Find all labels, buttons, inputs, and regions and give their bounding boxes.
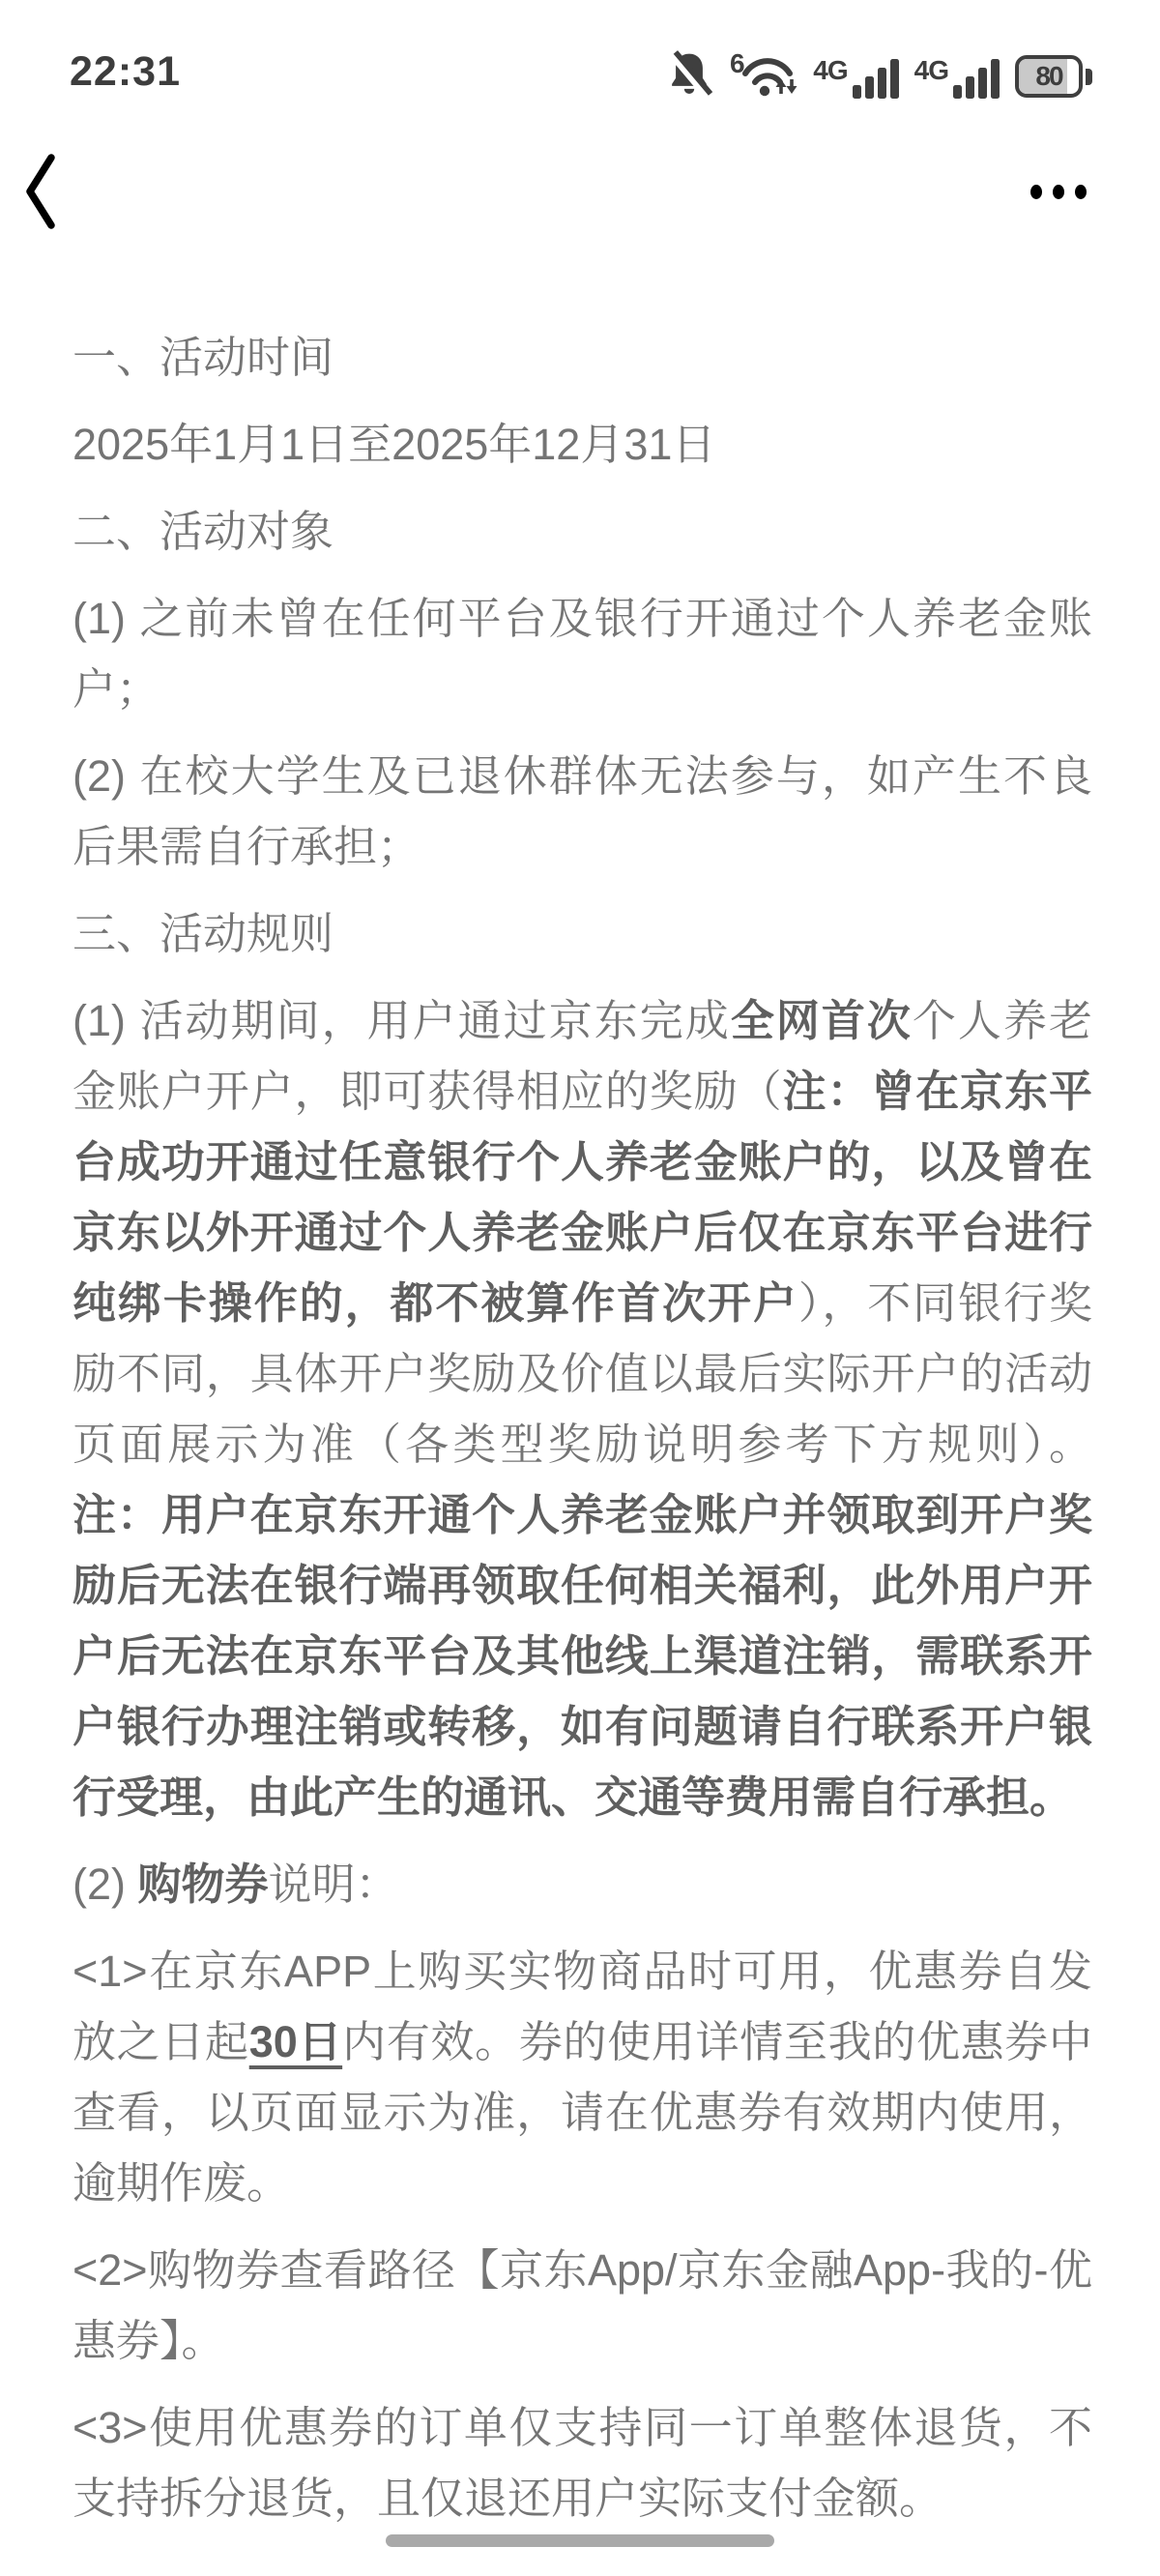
text-segment: 一、活动时间 [72,333,333,382]
text-segment: (1) 之前未曾在任何平台及银行开通过个人养老金账户； [72,594,1092,714]
clock-time: 22:31 [70,48,181,96]
more-button[interactable] [1030,175,1087,209]
paragraph: <2>购物券查看路径【京东App/京东金融App-我的-优惠券】。 [72,2235,1092,2376]
network-type-label-2: 4G [914,55,948,86]
ellipsis-icon [1075,185,1087,199]
paragraph: (1) 活动期间，用户通过京东完成全网首次个人养老金账户开户，即可获得相应的奖励… [72,985,1092,1832]
text-segment: 二、活动对象 [72,507,333,556]
paragraph: <1>在京东APP上购买实物商品时可用，优惠券自发放之日起30日内有效。券的使用… [72,1936,1092,2218]
text-segment: 三、活动规则 [72,909,333,958]
text-segment: 全网首次 [731,996,913,1045]
battery-nub [1086,69,1092,85]
text-segment: 注：用户在京东开通个人养老金账户并领取到开户奖励后无法在银行端再领取任何相关福利… [72,1490,1092,1822]
status-bar: 22:31 6 4G [0,0,1160,114]
paragraph: 二、活动对象 [72,496,1092,567]
text-segment: <3>使用优惠券的订单仅支持同一订单整体退货，不支持拆分退货，且仅退还用户实际支… [72,2403,1092,2523]
network-type-label: 4G [813,55,847,86]
paragraph: (2) 在校大学生及已退休群体无法参与，如产生不良后果需自行承担； [72,741,1092,882]
bell-slash-icon [664,48,714,99]
paragraph: <3>使用优惠券的订单仅支持同一订单整体退货，不支持拆分退货，且仅退还用户实际支… [72,2392,1092,2533]
battery-icon: 80 [1015,55,1092,98]
text-segment: <2>购物券查看路径【京东App/京东金融App-我的-优惠券】。 [72,2245,1092,2365]
rules-content: 一、活动时间2025年1月1日至2025年12月31日二、活动对象(1) 之前未… [72,322,1092,2550]
text-segment: 说明： [269,1859,399,1909]
ellipsis-icon [1053,185,1064,199]
battery-level: 80 [1035,61,1061,92]
text-segment: 30日 [249,2017,342,2066]
nav-bar [0,145,1160,238]
text-segment: 购物券 [138,1859,269,1909]
paragraph: 三、活动规则 [72,898,1092,969]
ellipsis-icon [1030,185,1042,199]
text-segment: (2) [72,1859,138,1909]
paragraph: 2025年1月1日至2025年12月31日 [72,409,1092,480]
signal-bars [853,59,899,99]
chevron-left-icon [19,151,62,232]
home-indicator-bar[interactable] [386,2534,774,2547]
paragraph: 一、活动时间 [72,322,1092,393]
text-segment: 2025年1月1日至2025年12月31日 [72,420,715,469]
status-icons: 6 4G 4G 80 [664,44,1092,99]
signal-bars-icon: 4G [813,55,898,99]
signal-bars-2 [953,59,1000,99]
paragraph: (2) 购物券说明： [72,1849,1092,1919]
text-segment: (2) 在校大学生及已退休群体无法参与，如产生不良后果需自行承担； [72,751,1092,871]
paragraph: (1) 之前未曾在任何平台及银行开通过个人养老金账户； [72,583,1092,724]
back-button[interactable] [19,151,62,232]
wifi-6-icon: 6 [730,48,797,97]
signal-bars-icon-2: 4G [914,55,1000,99]
text-segment: (1) 活动期间，用户通过京东完成 [72,996,731,1045]
